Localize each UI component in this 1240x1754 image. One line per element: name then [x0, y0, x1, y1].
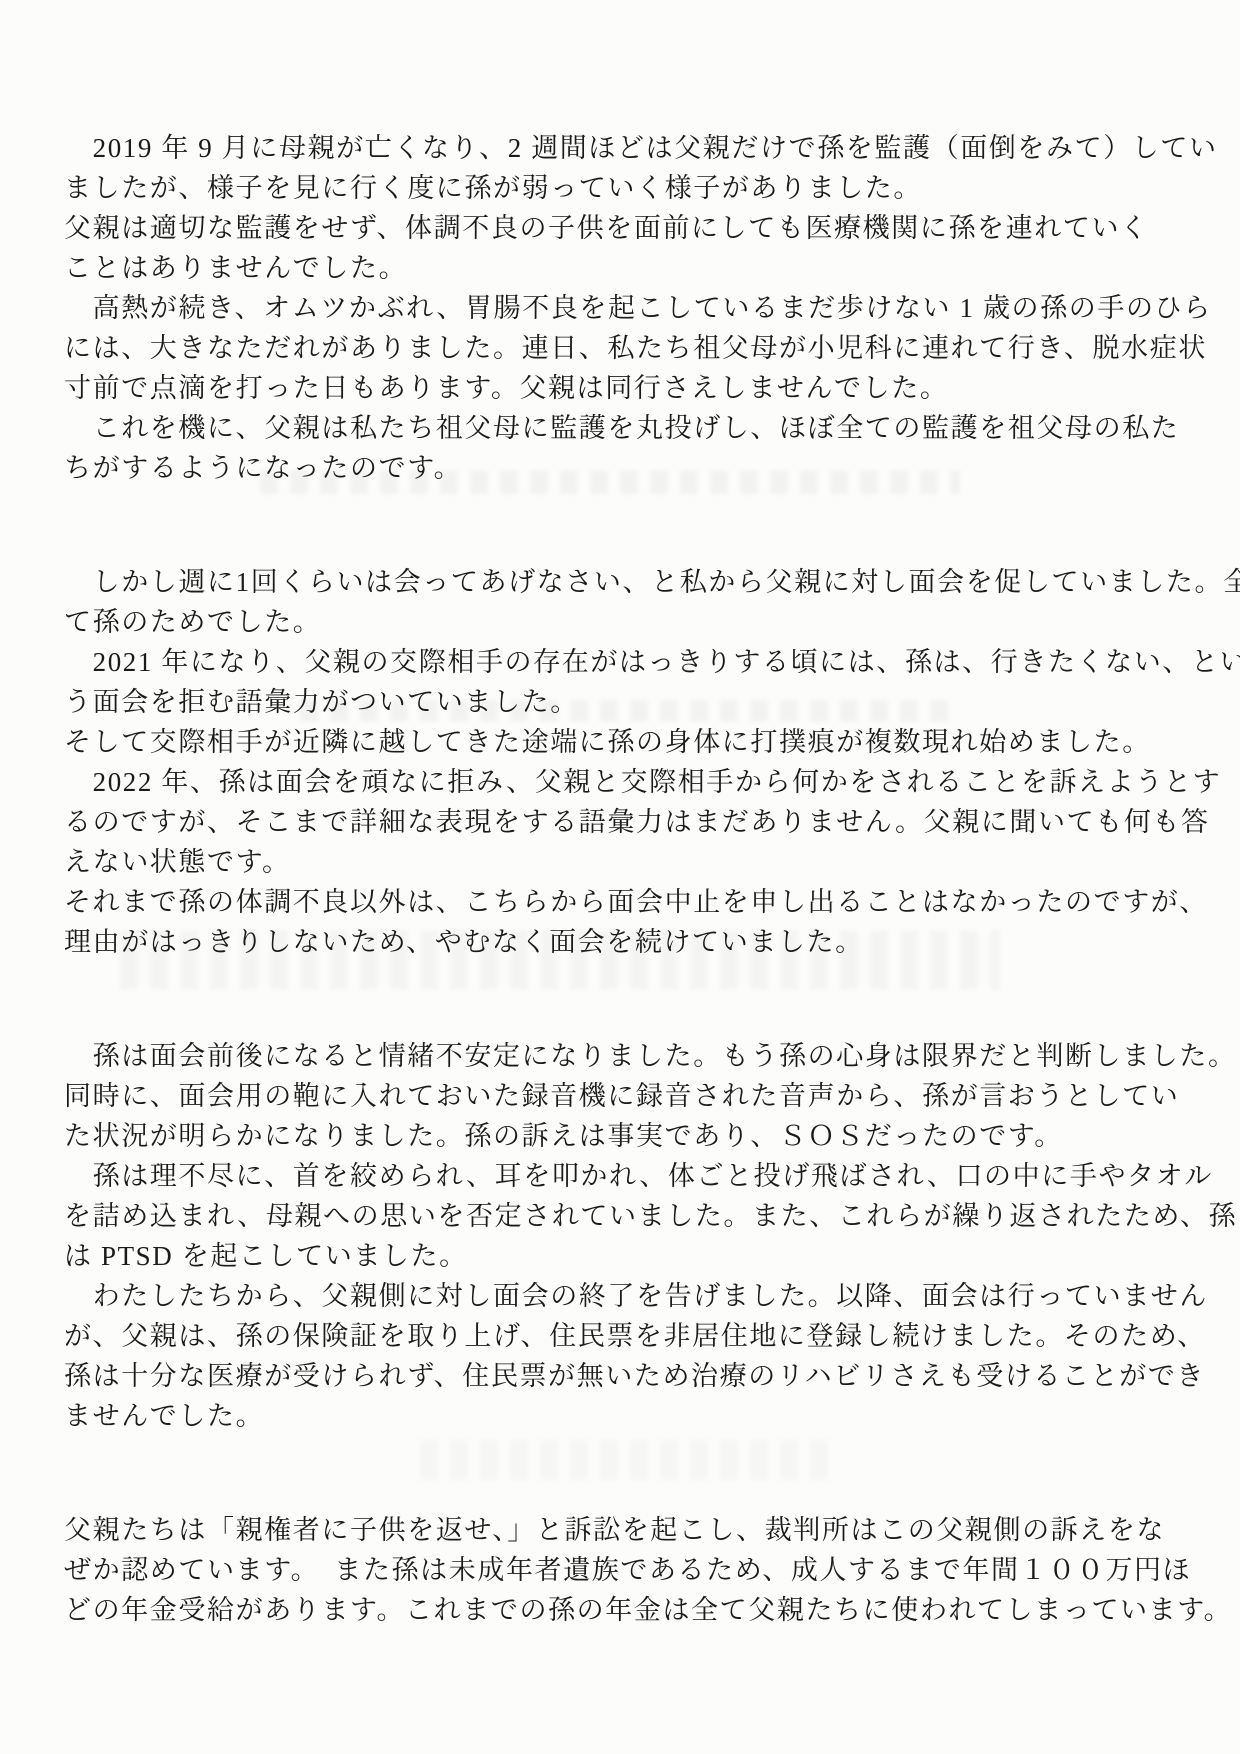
- text-line: わたしたちから、父親側に対し面会の終了を告げました。以降、面会は行っていません: [64, 1276, 1128, 1316]
- text-line: 孫は十分な医療が受けられず、住民票が無いため治療のリハビリさえも受けることができ: [64, 1356, 1128, 1396]
- text-line: 2019 年 9 月に母親が亡くなり、2 週間ほどは父親だけで孫を監護（面倒をみ…: [64, 128, 1128, 168]
- document-body: 2019 年 9 月に母親が亡くなり、2 週間ほどは父親だけで孫を監護（面倒をみ…: [64, 128, 1128, 1630]
- scanned-document-page: 2019 年 9 月に母親が亡くなり、2 週間ほどは父親だけで孫を監護（面倒をみ…: [0, 0, 1240, 1754]
- text-line: ことはありませんでした。: [64, 248, 1128, 288]
- text-line: ちがするようになったのです。: [64, 448, 1128, 488]
- text-line: しかし週に1回くらいは会ってあげなさい、と私から父親に対し面会を促していました。…: [64, 562, 1128, 602]
- text-line: どの年金受給があります。これまでの孫の年金は全て父親たちに使われてしまっています…: [64, 1590, 1128, 1630]
- text-line: 2022 年、孫は面会を頑なに拒み、父親と交際相手から何かをされることを訴えよう…: [64, 762, 1128, 802]
- text-line: 寸前で点滴を打った日もあります。父親は同行さえしませんでした。: [64, 368, 1128, 408]
- text-line: ましたが、様子を見に行く度に孫が弱っていく様子がありました。: [64, 168, 1128, 208]
- text-line: ませんでした。: [64, 1396, 1128, 1436]
- text-line: 父親たちは「親権者に子供を返せ、」と訴訟を起こし、裁判所はこの父親側の訴えをな: [64, 1510, 1128, 1550]
- text-line: には、大きなただれがありました。連日、私たち祖父母が小児科に連れて行き、脱水症状: [64, 328, 1128, 368]
- text-line: 2021 年になり、父親の交際相手の存在がはっきりする頃には、孫は、行きたくない…: [64, 642, 1128, 682]
- paragraph-block: しかし週に1回くらいは会ってあげなさい、と私から父親に対し面会を促していました。…: [64, 562, 1128, 962]
- text-line: 父親は適切な監護をせず、体調不良の子供を面前にしても医療機関に孫を連れていく: [64, 208, 1128, 248]
- text-line: 理由がはっきりしないため、やむなく面会を続けていました。: [64, 922, 1128, 962]
- text-line: は PTSD を起こしていました。: [64, 1236, 1128, 1276]
- paragraph-block: 孫は面会前後になると情緒不安定になりました。もう孫の心身は限界だと判断しました。…: [64, 1036, 1128, 1436]
- text-line: それまで孫の体調不良以外は、こちらから面会中止を申し出ることはなかったのですが、: [64, 882, 1128, 922]
- text-line: 高熱が続き、オムツかぶれ、胃腸不良を起こしているまだ歩けない 1 歳の孫の手のひ…: [64, 288, 1128, 328]
- paragraph-block: 2019 年 9 月に母親が亡くなり、2 週間ほどは父親だけで孫を監護（面倒をみ…: [64, 128, 1128, 488]
- text-line: を詰め込まれ、母親への思いを否定されていました。また、これらが繰り返されたため、…: [64, 1196, 1128, 1236]
- text-line: た状況が明らかになりました。孫の訴えは事実であり、ＳＯＳだったのです。: [64, 1116, 1128, 1156]
- text-line: るのですが、そこまで詳細な表現をする語彙力はまだありません。父親に聞いても何も答: [64, 802, 1128, 842]
- text-line: て孫のためでした。: [64, 602, 1128, 642]
- text-line: う面会を拒む語彙力がついていました。: [64, 682, 1128, 722]
- text-line: えない状態です。: [64, 842, 1128, 882]
- text-line: 同時に、面会用の鞄に入れておいた録音機に録音された音声から、孫が言おうとしてい: [64, 1076, 1128, 1116]
- text-line: これを機に、父親は私たち祖父母に監護を丸投げし、ほぼ全ての監護を祖父母の私た: [64, 408, 1128, 448]
- text-line: ぜか認めています。 また孫は未成年者遺族であるため、成人するまで年間１００万円ほ: [64, 1550, 1128, 1590]
- text-line: そして交際相手が近隣に越してきた途端に孫の身体に打撲痕が複数現れ始めました。: [64, 722, 1128, 762]
- paragraph-block: 父親たちは「親権者に子供を返せ、」と訴訟を起こし、裁判所はこの父親側の訴えをなぜ…: [64, 1510, 1128, 1630]
- text-line: が、父親は、孫の保険証を取り上げ、住民票を非居住地に登録し続けました。そのため、: [64, 1316, 1128, 1356]
- text-line: 孫は理不尽に、首を絞められ、耳を叩かれ、体ごと投げ飛ばされ、口の中に手やタオル: [64, 1156, 1128, 1196]
- text-line: 孫は面会前後になると情緒不安定になりました。もう孫の心身は限界だと判断しました。: [64, 1036, 1128, 1076]
